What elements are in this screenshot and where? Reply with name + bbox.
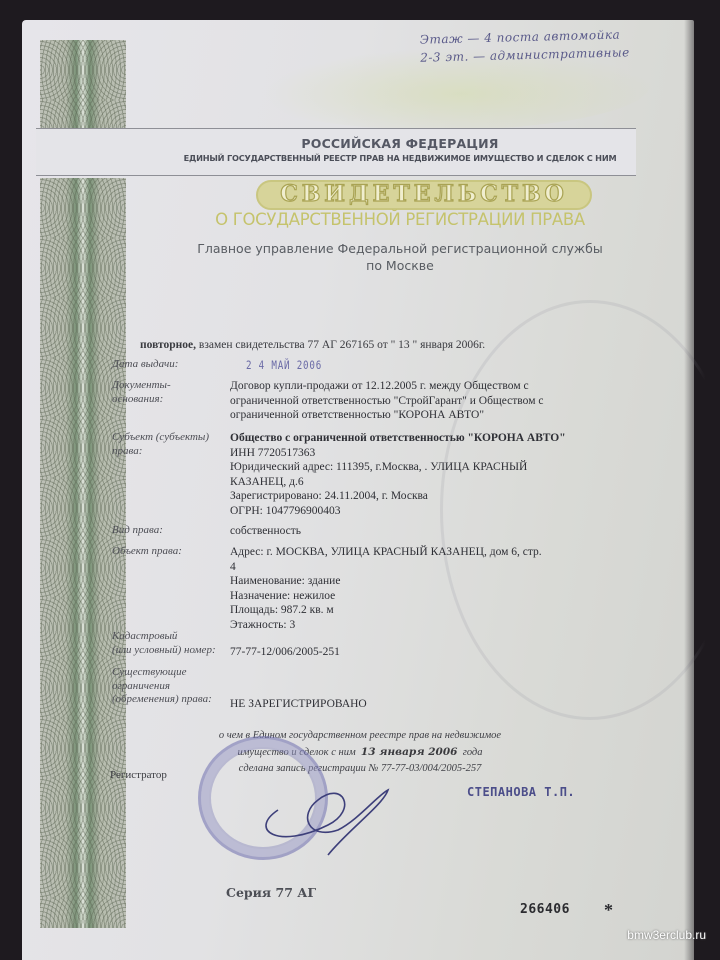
object-area: Площадь: 987.2 кв. м	[230, 603, 610, 618]
documents-label-line-1: Документы-	[112, 379, 171, 393]
documents-label: Документы- основания:	[112, 379, 171, 406]
documents-value-line-2: ограниченной ответственностью "СтройГара…	[230, 394, 610, 409]
issue-date-label: Дата выдачи:	[112, 358, 178, 372]
subject-registered: Зарегистрировано: 24.11.2004, г. Москва	[230, 489, 610, 504]
object-name: Наименование: здание	[230, 574, 610, 589]
registry-heading: ЕДИНЫЙ ГОСУДАРСТВЕННЫЙ РЕЕСТР ПРАВ НА НЕ…	[130, 153, 670, 163]
right-type-label: Вид права:	[112, 524, 163, 538]
repeat-notice-bold: повторное,	[140, 339, 196, 351]
subject-address-line-1: Юридический адрес: 111395, г.Москва, . У…	[230, 460, 610, 475]
certificate-series: Серия 77 АГ	[226, 885, 316, 900]
certificate-title: СВИДЕТЕЛЬСТВО	[256, 181, 592, 207]
object-address-line-2: 4	[230, 560, 610, 575]
record-line-2-suffix: года	[463, 747, 483, 758]
documents-value: Договор купли-продажи от 12.12.2005 г. м…	[230, 379, 610, 423]
restrictions-label-line-2: ограничения	[112, 680, 212, 694]
subject-name: Общество с ограниченной ответственностью…	[230, 431, 610, 446]
restrictions-label-line-3: (обременения) права:	[112, 693, 212, 707]
handwritten-note: Этаж — 4 поста автомойка 2-3 эт. — админ…	[420, 25, 630, 66]
documents-label-line-2: основания:	[112, 393, 171, 407]
repeat-notice: повторное, взамен свидетельства 77 АГ 26…	[140, 338, 485, 353]
asterisk-mark: *	[604, 900, 613, 921]
cadastral-number: 77-77-12/006/2005-251	[230, 645, 610, 660]
record-line-1: о чем в Едином государственном реестре п…	[170, 728, 550, 744]
issuing-authority: Главное управление Федеральной регистрац…	[130, 240, 670, 274]
documents-value-line-1: Договор купли-продажи от 12.12.2005 г. м…	[230, 379, 610, 394]
authority-line-1: Главное управление Федеральной регистрац…	[130, 240, 670, 257]
object-label: Объект права:	[112, 545, 182, 559]
restrictions-value: НЕ ЗАРЕГИСТРИРОВАНО	[230, 697, 610, 712]
cadastral-label-line-1: Кадастровый	[112, 630, 216, 644]
subject-label-line-2: права:	[112, 445, 209, 459]
subject-address-line-2: КАЗАНЕЦ, д.6	[230, 475, 610, 490]
right-type-value: собственность	[230, 524, 610, 539]
object-value: Адрес: г. МОСКВА, УЛИЦА КРАСНЫЙ КАЗАНЕЦ,…	[230, 545, 610, 632]
country-heading: РОССИЙСКАЯ ФЕДЕРАЦИЯ	[130, 136, 670, 151]
background-edge	[684, 0, 720, 960]
guilloche-border-top	[40, 40, 126, 130]
restrictions-label-line-1: Существующие	[112, 666, 212, 680]
cadastral-label-line-2: (или условный) номер:	[112, 644, 216, 658]
record-date-handwritten: 13 января 2006	[361, 746, 458, 758]
subject-inn: ИНН 7720517363	[230, 446, 610, 461]
repeat-notice-text: взамен свидетельства 77 АГ 267165 от " 1…	[196, 339, 485, 351]
certificate-subtitle: О ГОСУДАРСТВЕННОЙ РЕГИСТРАЦИИ ПРАВА	[130, 210, 670, 229]
restrictions-label: Существующие ограничения (обременения) п…	[112, 666, 212, 707]
registrar-name: СТЕПАНОВА Т.П.	[467, 785, 575, 799]
registrar-label: Регистратор	[110, 769, 167, 781]
cadastral-label: Кадастровый (или условный) номер:	[112, 630, 216, 657]
site-watermark: bmw3erclub.ru	[627, 928, 706, 942]
registrar-signature	[238, 770, 398, 860]
subject-label-line-1: Субъект (субъекты)	[112, 431, 209, 445]
object-floors: Этажность: 3	[230, 618, 610, 633]
subject-label: Субъект (субъекты) права:	[112, 431, 209, 458]
object-address-line-1: Адрес: г. МОСКВА, УЛИЦА КРАСНЫЙ КАЗАНЕЦ,…	[230, 545, 610, 560]
certificate-serial-number: 266406	[520, 902, 570, 917]
subject-ogrn: ОГРН: 1047796900403	[230, 504, 610, 519]
authority-line-2: по Москве	[130, 257, 670, 274]
issue-date-stamp: 2 4 МАЙ 2006	[246, 358, 322, 372]
object-purpose: Назначение: нежилое	[230, 589, 610, 604]
subject-value: Общество с ограниченной ответственностью…	[230, 431, 610, 518]
documents-value-line-3: ограниченной ответственностью "КОРОНА АВ…	[230, 408, 610, 423]
